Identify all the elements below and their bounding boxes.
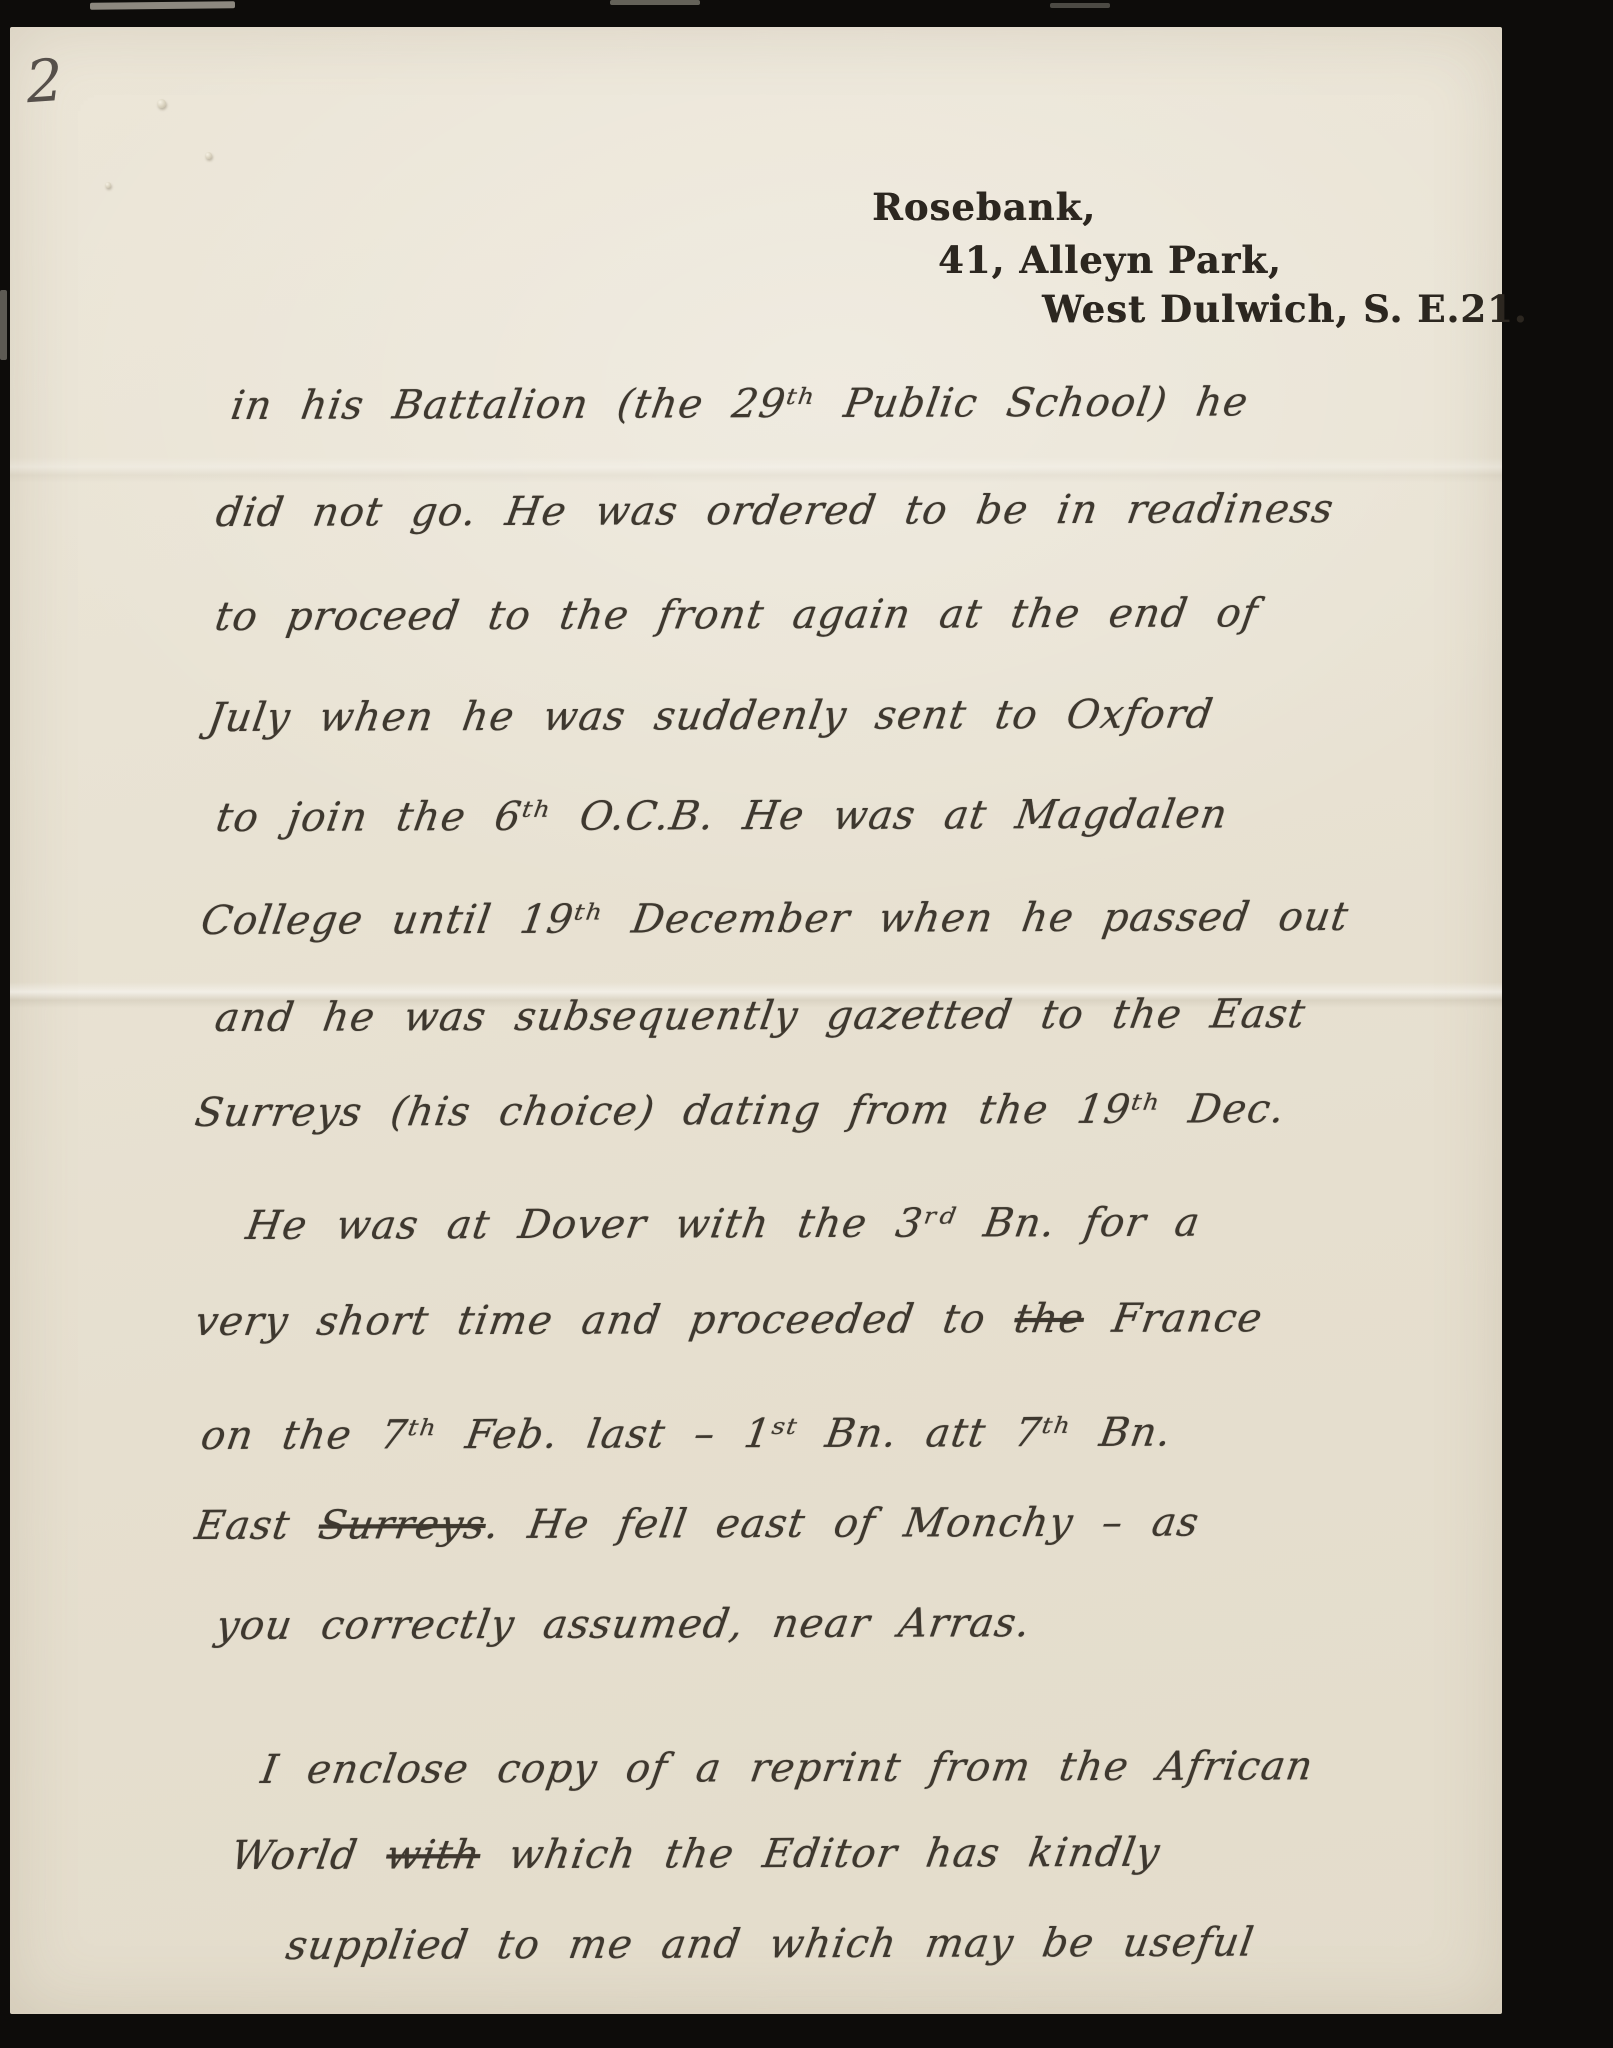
handwritten-text-segment: which the Editor has kindly — [477, 1830, 1164, 1878]
handwritten-line-3: to proceed to the front again at the end… — [212, 590, 1262, 640]
letterhead-city-postcode: West Dulwich, S. E.21. — [1042, 287, 1528, 331]
handwritten-text-segment: and he was subsequently gazetted to the … — [212, 991, 1309, 1041]
letterhead-street-address: 41, Alleyn Park, — [938, 238, 1282, 282]
letter-paper: 2 Rosebank, 41, Alleyn Park, West Dulwic… — [10, 27, 1502, 2014]
handwritten-text-segment: He was at Dover with the 3ʳᵈ Bn. for a — [243, 1200, 1204, 1249]
handwritten-line-2: did not go. He was ordered to be in read… — [213, 486, 1337, 536]
handwritten-text-segment: . He fell east of Monchy – as — [482, 1499, 1203, 1547]
struck-out-word: Surreys — [315, 1502, 489, 1549]
handwritten-line-1: in his Battalion (the 29ᵗʰ Public School… — [228, 379, 1252, 429]
handwritten-line-15: World with which the Editor has kindly — [228, 1830, 1164, 1879]
handwritten-text-segment: College until 19ᵗʰ December when he pass… — [198, 894, 1352, 944]
handwritten-line-9: He was at Dover with the 3ʳᵈ Bn. for a — [243, 1200, 1204, 1249]
handwritten-text-segment: you correctly assumed, near Arras. — [213, 1600, 1034, 1649]
border-scuff — [610, 0, 700, 5]
handwritten-text-segment: France — [1080, 1295, 1266, 1342]
paper-pinhole — [105, 182, 111, 188]
handwritten-text-segment: to join the 6ᵗʰ O.C.B. He was at Magdale… — [213, 791, 1231, 841]
handwritten-text-segment: in his Battalion (the 29ᵗʰ Public School… — [228, 379, 1252, 429]
paper-crease — [10, 457, 1502, 483]
handwritten-line-6: College until 19ᵗʰ December when he pass… — [198, 894, 1352, 944]
handwritten-line-8: Surreys (his choice) dating from the 19ᵗ… — [192, 1086, 1289, 1136]
handwritten-text-segment: did not go. He was ordered to be in read… — [213, 486, 1337, 536]
handwritten-line-16: supplied to me and which may be useful — [283, 1920, 1258, 1969]
handwritten-text-segment: July when he was suddenly sent to Oxford — [205, 691, 1217, 741]
border-scuff — [90, 1, 235, 10]
page-number: 2 — [24, 46, 66, 116]
handwritten-text-segment: Surreys (his choice) dating from the 19ᵗ… — [192, 1086, 1289, 1136]
scan-black-border: 2 Rosebank, 41, Alleyn Park, West Dulwic… — [0, 0, 1613, 2048]
handwritten-text-segment: supplied to me and which may be useful — [283, 1920, 1258, 1969]
handwritten-text-segment: on the 7ᵗʰ Feb. last – 1ˢᵗ Bn. att 7ᵗʰ B… — [198, 1410, 1175, 1459]
struck-out-word: with — [383, 1832, 484, 1878]
border-scuff — [0, 290, 7, 360]
handwritten-line-4: July when he was suddenly sent to Oxford — [205, 691, 1217, 741]
handwritten-line-5: to join the 6ᵗʰ O.C.B. He was at Magdale… — [213, 791, 1231, 841]
handwritten-text-segment: World — [228, 1832, 390, 1879]
handwritten-text-segment: to proceed to the front again at the end… — [212, 590, 1262, 640]
handwritten-line-7: and he was subsequently gazetted to the … — [212, 991, 1309, 1041]
handwritten-line-12: East Surreys. He fell east of Monchy – a… — [192, 1499, 1203, 1549]
border-scuff — [1050, 3, 1110, 8]
handwritten-text-segment: I enclose copy of a reprint from the Afr… — [258, 1743, 1317, 1793]
letterhead-house-name: Rosebank, — [872, 185, 1096, 229]
paper-pinhole — [157, 99, 166, 108]
handwritten-text-segment: East — [192, 1503, 323, 1549]
handwritten-line-14: I enclose copy of a reprint from the Afr… — [258, 1743, 1317, 1793]
struck-out-word: the — [1011, 1296, 1087, 1342]
handwritten-line-13: you correctly assumed, near Arras. — [213, 1600, 1034, 1649]
paper-pinhole — [205, 152, 212, 159]
handwritten-line-11: on the 7ᵗʰ Feb. last – 1ˢᵗ Bn. att 7ᵗʰ B… — [198, 1410, 1175, 1459]
handwritten-text-segment: very short time and proceeded to — [192, 1296, 1018, 1345]
handwritten-line-10: very short time and proceeded to the Fra… — [192, 1295, 1266, 1345]
